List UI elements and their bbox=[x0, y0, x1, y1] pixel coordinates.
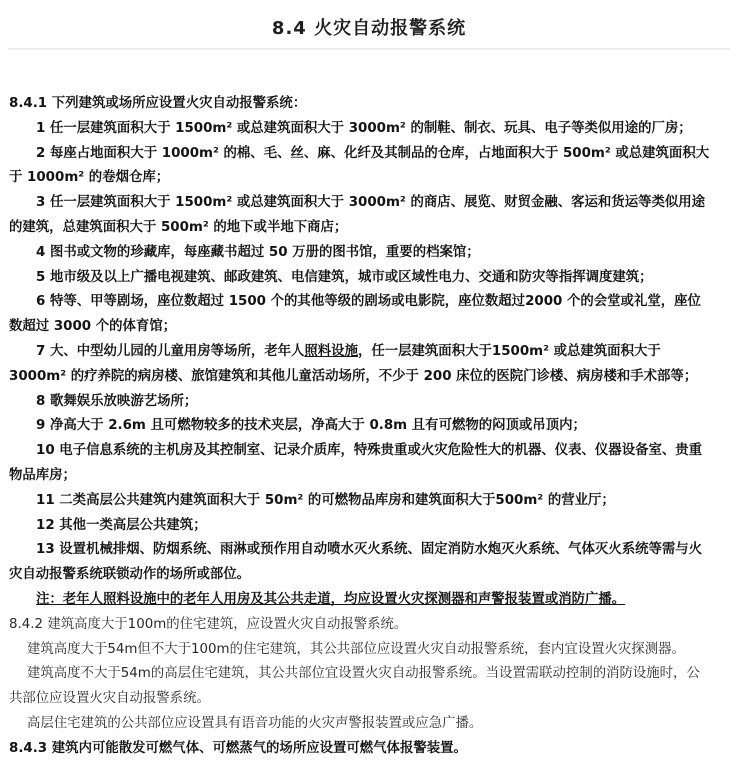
clause-10: 10 电子信息系统的主机房及其控制室、记录介质库，特殊贵重或火灾危险性大的机器、… bbox=[9, 439, 731, 464]
clause-2: 2 每座占地面积大于 1000m² 的棉、毛、丝、麻、化纤及其制品的仓库，占地面… bbox=[9, 142, 731, 167]
clause-13: 13 设置机械排烟、防烟系统、雨淋或预作用自动喷水灭火系统、固定消防水炮灭火系统… bbox=[9, 538, 731, 563]
section-8-4-3-heading: 8.4.3 建筑内可能散发可燃气体、可燃蒸气的场所应设置可燃气体报警装置。 bbox=[9, 737, 731, 762]
clause-3-cont: 的建筑，总建筑面积大于 500m² 的地下或半地下商店； bbox=[9, 216, 731, 241]
clause-3: 3 任一层建筑面积大于 1500m² 或总建筑面积大于 3000m² 的商店、展… bbox=[9, 191, 731, 216]
clause-11: 11 二类高层公共建筑内建筑面积大于 50m² 的可燃物品库房和建筑面积大于50… bbox=[9, 489, 731, 514]
document-body: 8.4.1 下列建筑或场所应设置火灾自动报警系统： 1 任一层建筑面积大于 15… bbox=[9, 92, 731, 762]
clause-6: 6 特等、甲等剧场，座位数超过 1500 个的其他等级的剧场或电影院，座位数超过… bbox=[9, 290, 731, 315]
note: 注：老年人照料设施中的老年人用房及其公共走道，均应设置火灾探测器和声警报装置或消… bbox=[9, 588, 731, 613]
clause-6-cont: 数超过 3000 个的体育馆； bbox=[9, 315, 731, 340]
clause-8: 8 歌舞娱乐放映游艺场所； bbox=[9, 390, 731, 415]
clause-9: 9 净高大于 2.6m 且可燃物较多的技术夹层，净高大于 0.8m 且有可燃物的… bbox=[9, 414, 731, 439]
clause-7-text-pre: 7 大、中型幼儿园的儿童用房等场所，老年人 bbox=[36, 344, 304, 359]
paragraph-8-4-2-3: 高层住宅建筑的公共部位应设置具有语音功能的火灾声警报装置或应急广播。 bbox=[9, 712, 731, 737]
page-title: 8.4 火灾自动报警系统 bbox=[0, 14, 738, 40]
section-8-4-2-heading: 8.4.2 建筑高度大于100m的住宅建筑，应设置火灾自动报警系统。 bbox=[9, 613, 731, 638]
clause-2-cont: 于 1000m² 的卷烟仓库； bbox=[9, 166, 731, 191]
clause-10-cont: 物品库房； bbox=[9, 464, 731, 489]
clause-1: 1 任一层建筑面积大于 1500m² 或总建筑面积大于 3000m² 的制鞋、制… bbox=[9, 117, 731, 142]
clause-7-text-post: ，任一层建筑面积大于1500m² 或总建筑面积大于 bbox=[358, 344, 661, 359]
section-8-4-1-heading: 8.4.1 下列建筑或场所应设置火灾自动报警系统： bbox=[9, 92, 731, 117]
clause-7: 7 大、中型幼儿园的儿童用房等场所，老年人照料设施，任一层建筑面积大于1500m… bbox=[9, 340, 731, 365]
clause-7-cont: 3000m² 的疗养院的病房楼、旅馆建筑和其他儿童活动场所，不少于 200 床位… bbox=[9, 365, 731, 390]
paragraph-8-4-2-2-cont: 共部位应设置火灾自动报警系统。 bbox=[9, 687, 731, 712]
paragraph-8-4-2-1: 建筑高度大于54m但不大于100m的住宅建筑，其公共部位应设置火灾自动报警系统，… bbox=[9, 638, 731, 663]
title-divider bbox=[8, 48, 730, 50]
clause-13-cont: 灾自动报警系统联锁动作的场所或部位。 bbox=[9, 563, 731, 588]
paragraph-8-4-2-2: 建筑高度不大于54m的高层住宅建筑，其公共部位宜设置火灾自动报警系统。当设置需联… bbox=[9, 662, 731, 687]
clause-5: 5 地市级及以上广播电视建筑、邮政建筑、电信建筑，城市或区域性电力、交通和防灾等… bbox=[9, 266, 731, 291]
clause-4: 4 图书或文物的珍藏库，每座藏书超过 50 万册的图书馆，重要的档案馆； bbox=[9, 241, 731, 266]
clause-12: 12 其他一类高层公共建筑； bbox=[9, 514, 731, 539]
elderly-care-link[interactable]: 照料设施 bbox=[304, 344, 358, 359]
